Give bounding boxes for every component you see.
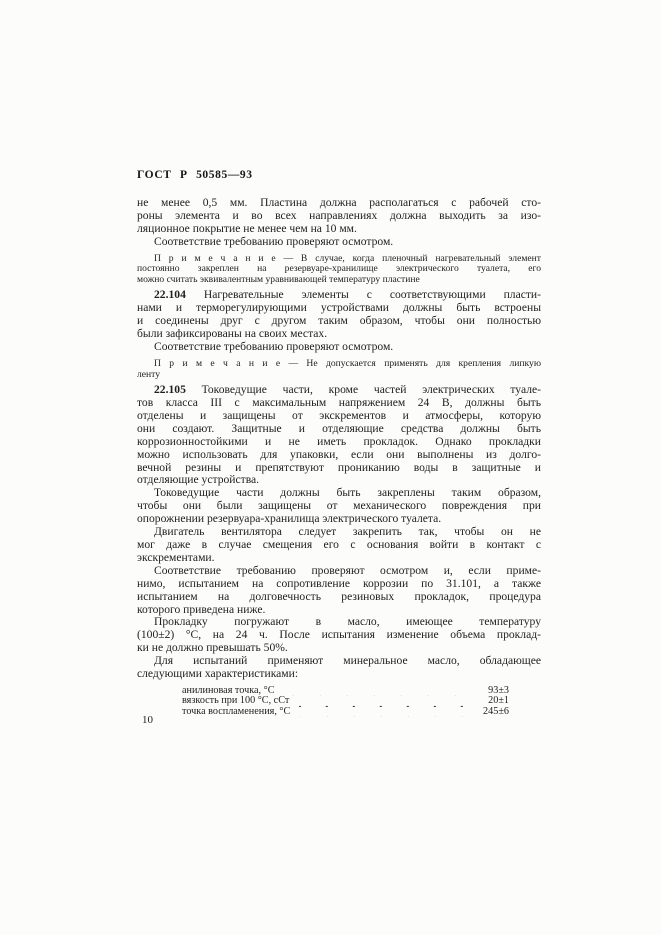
text-line: тов класса III с максимальным напряжение… [137, 397, 541, 410]
document-page: ГОСТ Р 50585—93 не менее 0,5 мм. Пластин… [0, 0, 661, 935]
paragraph: 22.104 Нагревательные элементы с соответ… [137, 289, 541, 341]
text-line: Соответствие требованию проверяют осмотр… [137, 341, 541, 354]
paragraph: Соответствие требованию проверяют осмотр… [137, 236, 541, 249]
characteristics-list: анилиновая точка, °С93±3вязкость при 100… [137, 686, 509, 718]
paragraph: Соответствие требованию проверяют осмотр… [137, 565, 541, 617]
text-line: коррозионностойкими и не иметь прокладок… [137, 436, 541, 449]
text-line: отделены и защищены от экскрементов и ат… [137, 410, 541, 423]
text-line: следующими характеристиками: [137, 668, 541, 681]
text-line: можно считать эквивалентным уравнивающей… [137, 275, 541, 286]
document-body: не менее 0,5 мм. Пластина должна распола… [137, 197, 541, 717]
paragraph: не менее 0,5 мм. Пластина должна распола… [137, 197, 541, 236]
dot-leader [299, 696, 463, 707]
text-line: мог даже в случае смещения его с основан… [137, 539, 541, 552]
text-line: ляционное покрытие не менее чем на 10 мм… [137, 223, 541, 236]
list-value: 245±6 [469, 707, 509, 718]
paragraph: Прокладку погружают в масло, имеющее тем… [137, 616, 541, 655]
text-line: Соответствие требованию проверяют осмотр… [137, 236, 541, 249]
text-line: нимо, испытанием на сопротивление корроз… [137, 578, 541, 591]
text-line: испытанием на долговечность резиновых пр… [137, 591, 541, 604]
note-block: П р и м е ч а н и е — В случае, когда пл… [137, 254, 541, 286]
paragraph: Токоведущие части должны быть закреплены… [137, 487, 541, 526]
page-number: 10 [142, 714, 153, 726]
paragraph: Двигатель вентилятора следует закрепить … [137, 526, 541, 565]
clause-number: 22.105 [154, 383, 186, 396]
paragraph: Соответствие требованию проверяют осмотр… [137, 341, 541, 354]
text-line: они создают. Защитные и отделяющие средс… [137, 423, 541, 436]
list-row: точка воспламенения, °С245±6 [182, 707, 509, 718]
dot-leader [285, 686, 464, 697]
text-line: ленту [137, 370, 541, 381]
document-header: ГОСТ Р 50585—93 [137, 169, 253, 181]
text-line: Соответствие требованию проверяют осмотр… [137, 565, 541, 578]
clause-number: 22.104 [154, 288, 186, 301]
text-line: П р и м е ч а н и е — Не допускается при… [137, 359, 541, 370]
text-line: экскрементами. [137, 552, 541, 565]
list-label: точка воспламенения, °С [182, 707, 290, 718]
paragraph: Для испытаний применяют минеральное масл… [137, 655, 541, 681]
text-line: не менее 0,5 мм. Пластина должна распола… [137, 197, 541, 210]
text-line: можно использовать для упаковки, если он… [137, 449, 541, 462]
note-block: П р и м е ч а н и е — Не допускается при… [137, 359, 541, 380]
dot-leader [300, 707, 463, 718]
text-line: роны элемента и во всех направлениях дол… [137, 210, 541, 223]
paragraph: 22.105 Токоведущие части, кроме частей э… [137, 384, 541, 487]
